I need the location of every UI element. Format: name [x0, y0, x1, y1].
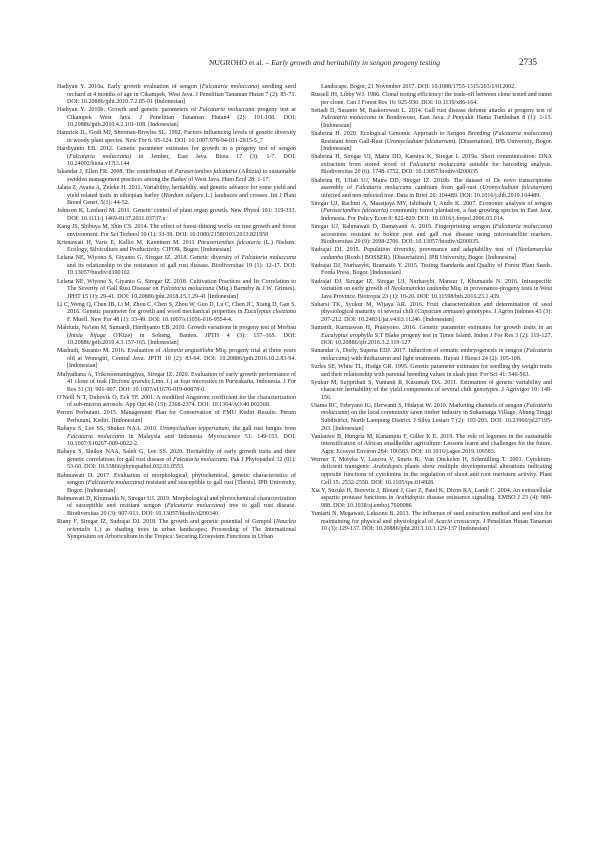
reference-text: Krisnawati H, Varis E, Kallio M, Kannine…: [57, 240, 197, 246]
reference-text: Lelana NE, Wiyono S, Giyanto G, Siregar …: [57, 255, 241, 261]
reference-entry: Krisnawati H, Varis E, Kallio M, Kannine…: [57, 240, 296, 255]
reference-text: Sunandar A, Dorly, Supena EDJ. 2017. Ind…: [311, 348, 526, 354]
reference-entry: Lelana NE, Wiyono S, Giyanto G, Siregar …: [57, 255, 296, 278]
species-name: Intsia bijuga: [69, 333, 106, 339]
species-name: Paraserianthes falcataria: [175, 169, 238, 175]
reference-entry: Shabrina H, Siregar UJ, Matra DD, Kamiya…: [311, 154, 552, 177]
reference-entry: Setiadi D, Susanto M, Baskorowati L. 201…: [311, 108, 552, 131]
species-name: Falcataria moluccana: [495, 131, 550, 137]
reference-text: Syukur M, Sujiprihati S, Yunianti R, Kus…: [311, 380, 552, 401]
reference-text: Perum Perhutani. 2015. Management Plan f…: [57, 410, 296, 424]
reference-text: Utama RC, Febryano IG, Herwanti S, Hiday…: [311, 403, 526, 409]
reference-text: , the gall rust fungus from: [229, 426, 296, 432]
species-name: Falcataria moluccana: [409, 162, 465, 168]
reference-entry: Suharsi TK, Syukur M, Wijaya AR. 2016. F…: [311, 302, 552, 325]
reference-entry: Sudrajat DJ. 2015. Population diversity,…: [311, 247, 552, 262]
species-name: Uromycladium falcatarium: [482, 185, 550, 191]
reference-entry: Siregar UJ, Rachmi A, Massijaya MY, Ishi…: [311, 201, 552, 224]
reference-entry: Xia Y, Suzuki H, Borevitz J, Blount J, G…: [311, 488, 552, 511]
reference-text: Riany F, Siregar IZ, Sudrajat DJ. 2018. …: [57, 519, 276, 525]
reference-entry: Rahmawati D, Khumaida N, Siregar UJ. 201…: [57, 496, 296, 519]
reference-entry: Vanlauwe B, Hungria M, Kanampiu F, Gille…: [311, 434, 552, 457]
species-name: Falcataria moluccana: [69, 154, 129, 160]
reference-entry: Hamrick JL, Godt MJ, Sherman-Broyles SL.…: [57, 130, 296, 145]
reference-entry: Hadiyan Y. 2010a. Early growth evaluatio…: [57, 84, 296, 107]
species-name: Falcataria moluccana: [495, 224, 550, 230]
reference-entry: Sudrajat DJ, Siregar IZ, Siregar UJ, Nur…: [311, 279, 552, 302]
reference-text: Sumardi, Kurniawan H, Prastyono. 2016. G…: [311, 325, 552, 331]
page-number: 2735: [519, 57, 537, 67]
reference-text: Iskandar J, Ellen FR. 2008. The contribu…: [57, 169, 175, 175]
species-name: Alstonia angustiloba: [163, 348, 214, 354]
species-name: Paraserianthes falcataria: [323, 208, 386, 214]
species-name: Uromycladium tepperianum: [160, 426, 229, 432]
reference-entry: Sudrajat DJ, Nurhasybi, Bramasto Y. 2015…: [311, 263, 552, 278]
reference-text: and its relationship to the resistance o…: [67, 263, 296, 277]
reference-text: Johnson K, Lenhard M. 2011. Genetic cont…: [57, 208, 296, 222]
species-name: Arabidopsis: [373, 464, 402, 470]
reference-continuation: Landscape. Bogor, 21 November 2017. DOI:…: [311, 84, 552, 92]
header-authors: NUGROHO et al. –: [209, 58, 271, 67]
species-name: Falcataria moluccana: [160, 286, 214, 292]
reference-entry: O'Neill N T, Dubovik O, Eck TF. 2001. A …: [57, 395, 296, 410]
reference-text: Hadiyan Y. 2010a. Early growth evaluatio…: [57, 84, 202, 90]
reference-entry: Hadiyan Y. 2010b. Growth and genetic par…: [57, 107, 296, 130]
species-name: Neolamarckia cadamba: [391, 286, 449, 292]
reference-entry: Sumardi, Kurniawan H, Prastyono. 2016. G…: [311, 325, 552, 348]
reference-text: L.) as shading trees in urban landscapes…: [67, 527, 296, 541]
reference-text: Mashudi, Susanto M. 2016. Evaluation of: [57, 348, 163, 354]
species-name: Hordum vulgare: [163, 193, 203, 199]
reference-text: Shabrina H. 2020. Ecological Genomic App…: [311, 131, 495, 137]
reference-entry: Lelana NE, Wiyono S, Giyanto G, Siregar …: [57, 279, 296, 302]
reference-entry: Hardiyanto EB. 2012. Genetic parameter e…: [57, 146, 296, 169]
running-header: NUGROHO et al. – Early growth and herita…: [0, 58, 595, 70]
reference-text: cambium from gall-rust (: [412, 185, 483, 191]
species-name: Falcataria moluccana: [241, 255, 296, 261]
reference-entry: Utama RC, Febryano IG, Herwanti S, Hiday…: [311, 403, 552, 433]
species-name: Acacia crassicarp: [435, 519, 479, 525]
references-column-right: Landscape. Bogor, 21 November 2017. DOI:…: [311, 84, 552, 534]
reference-text: Surles SE, White TL, Hodge GR. 1995. Gen…: [311, 364, 552, 378]
reference-entry: Sunandar A, Dorly, Supena EDJ. 2017. Ind…: [311, 348, 552, 363]
reference-entry: Riany F, Siregar IZ, Sudrajat DJ. 2018. …: [57, 519, 296, 542]
reference-entry: Iskandar J, Ellen FR. 2008. The contribu…: [57, 169, 296, 184]
reference-entry: Mahfudz, Na'iem M, Sumardi, Hardiyanto E…: [57, 325, 296, 348]
reference-entry: Yuniarti N, Megawati, Leksono B. 2013. T…: [311, 511, 552, 534]
species-name: Eucalyptus urophylla: [321, 333, 373, 339]
reference-entry: Kang JS, Shibuya M, Shin CS. 2014. The e…: [57, 224, 296, 239]
reference-text: Russell JH, Libby WJ. 1986. Clonal testi…: [311, 92, 552, 106]
running-title: NUGROHO et al. – Early growth and herita…: [209, 58, 440, 67]
reference-text: Kang JS, Shibuya M, Shin CS. 2014. The e…: [57, 224, 296, 238]
reference-text: Vanlauwe B, Hungria M, Kanampiu F, Gille…: [311, 434, 552, 455]
reference-entry: Jalata Z, Ayana A, Zeleke H. 2011. Varia…: [57, 185, 296, 208]
reference-text: Sudrajat DJ, Nurhasybi, Bramasto Y. 2015…: [311, 263, 552, 277]
species-name: Paraserienthes falcataria: [197, 240, 260, 246]
species-name: (Falcataria moluccana): [86, 480, 144, 486]
reference-entry: Syukur M, Sujiprihati S, Yunianti R, Kus…: [311, 380, 552, 403]
species-name: Falcataria moluccana: [173, 457, 227, 463]
reference-entry: Russell JH, Libby WJ. 1986. Clonal testi…: [311, 92, 552, 107]
species-name: Capsicum annuum: [417, 309, 462, 315]
reference-text: Rahayu S, Lee SS, Shukor NAA. 2010.: [57, 426, 160, 432]
reference-entry: Mulyadiana A, Trikosoemaningtyas, Sirega…: [57, 372, 296, 395]
reference-entry: Shabrina H, Ulfah UJ, Matra DD, Siregar …: [311, 178, 552, 201]
reference-text: Landscape. Bogor, 21 November 2017. DOI:…: [321, 84, 516, 90]
reference-entry: Shabrina H. 2020. Ecological Genomic App…: [311, 131, 552, 154]
species-name: Falcataria moluccana: [356, 185, 412, 191]
reference-entry: Rahayu S, Shukor NAA, Saleh G, Lee SS. 2…: [57, 449, 296, 472]
species-name: Falcataria moluccana: [199, 107, 254, 113]
reference-text: F. Muell. New For 48 (1): 33-49. DOI: 10…: [67, 317, 232, 323]
species-name: Uromycladium falcatarium: [387, 139, 453, 145]
reference-text: ) with thidiazuron and light treatments.…: [348, 356, 522, 362]
species-name: Arabidopsis: [395, 495, 424, 501]
reference-entry: Johnson K, Lenhard M. 2011. Genetic cont…: [57, 208, 296, 223]
reference-text: Siregar UJ, Rahmawati D, Damayanti A. 20…: [311, 224, 495, 230]
reference-text: (Roxb.) BOSSER). [Dissertation]. IPB Uni…: [343, 255, 516, 261]
reference-entry: Rahayu S, Lee SS, Shukor NAA. 2010. Urom…: [57, 426, 296, 449]
reference-text: Hadiyan Y. 2010b. Growth and genetic par…: [57, 107, 199, 113]
reference-text: O'Neill N T, Dubovik O, Eck TF. 2001. A …: [57, 395, 296, 409]
reference-text: Setiadi D, Susanto M, Baskorowati L. 201…: [311, 108, 552, 114]
reference-text: Hamrick JL, Godt MJ, Sherman-Broyles SL.…: [57, 130, 296, 144]
reference-entry: Werner T, Motyka V, Laucou V, Smets R., …: [311, 457, 552, 487]
species-name: Eucalyptus cloeziana: [244, 309, 296, 315]
reference-text: ) on the local community sawn timber ind…: [321, 410, 552, 431]
reference-entry: Siregar UJ, Rahmawati D, Damayanti A. 20…: [311, 224, 552, 247]
reference-text: Sudrajat DJ. 2015. Population diversity,…: [311, 247, 518, 253]
header-article-title: Early growth and heritability in sengon …: [271, 58, 440, 67]
reference-entry: Surles SE, White TL, Hodge GR. 1995. Gen…: [311, 364, 552, 379]
references-column-left: Hadiyan Y. 2010a. Early growth evaluatio…: [57, 84, 296, 542]
reference-entry: Mashudi, Susanto M. 2016. Evaluation of …: [57, 348, 296, 371]
species-name: Falcataria moluccana: [167, 503, 223, 509]
species-name: Tectona grandis: [111, 379, 150, 385]
reference-entry: Rahmawati D. 2017. Evaluation of morphol…: [57, 473, 296, 496]
species-name: Falcataria moluccana: [202, 84, 257, 90]
reference-entry: Perum Perhutani. 2015. Management Plan f…: [57, 410, 296, 425]
species-name: Falcataria moluccana: [321, 115, 376, 121]
reference-entry: Li C, Weng Q, Chen JB, Li M, Zhou C, Che…: [57, 302, 296, 325]
species-name: Falcataria moluccana: [67, 434, 124, 440]
